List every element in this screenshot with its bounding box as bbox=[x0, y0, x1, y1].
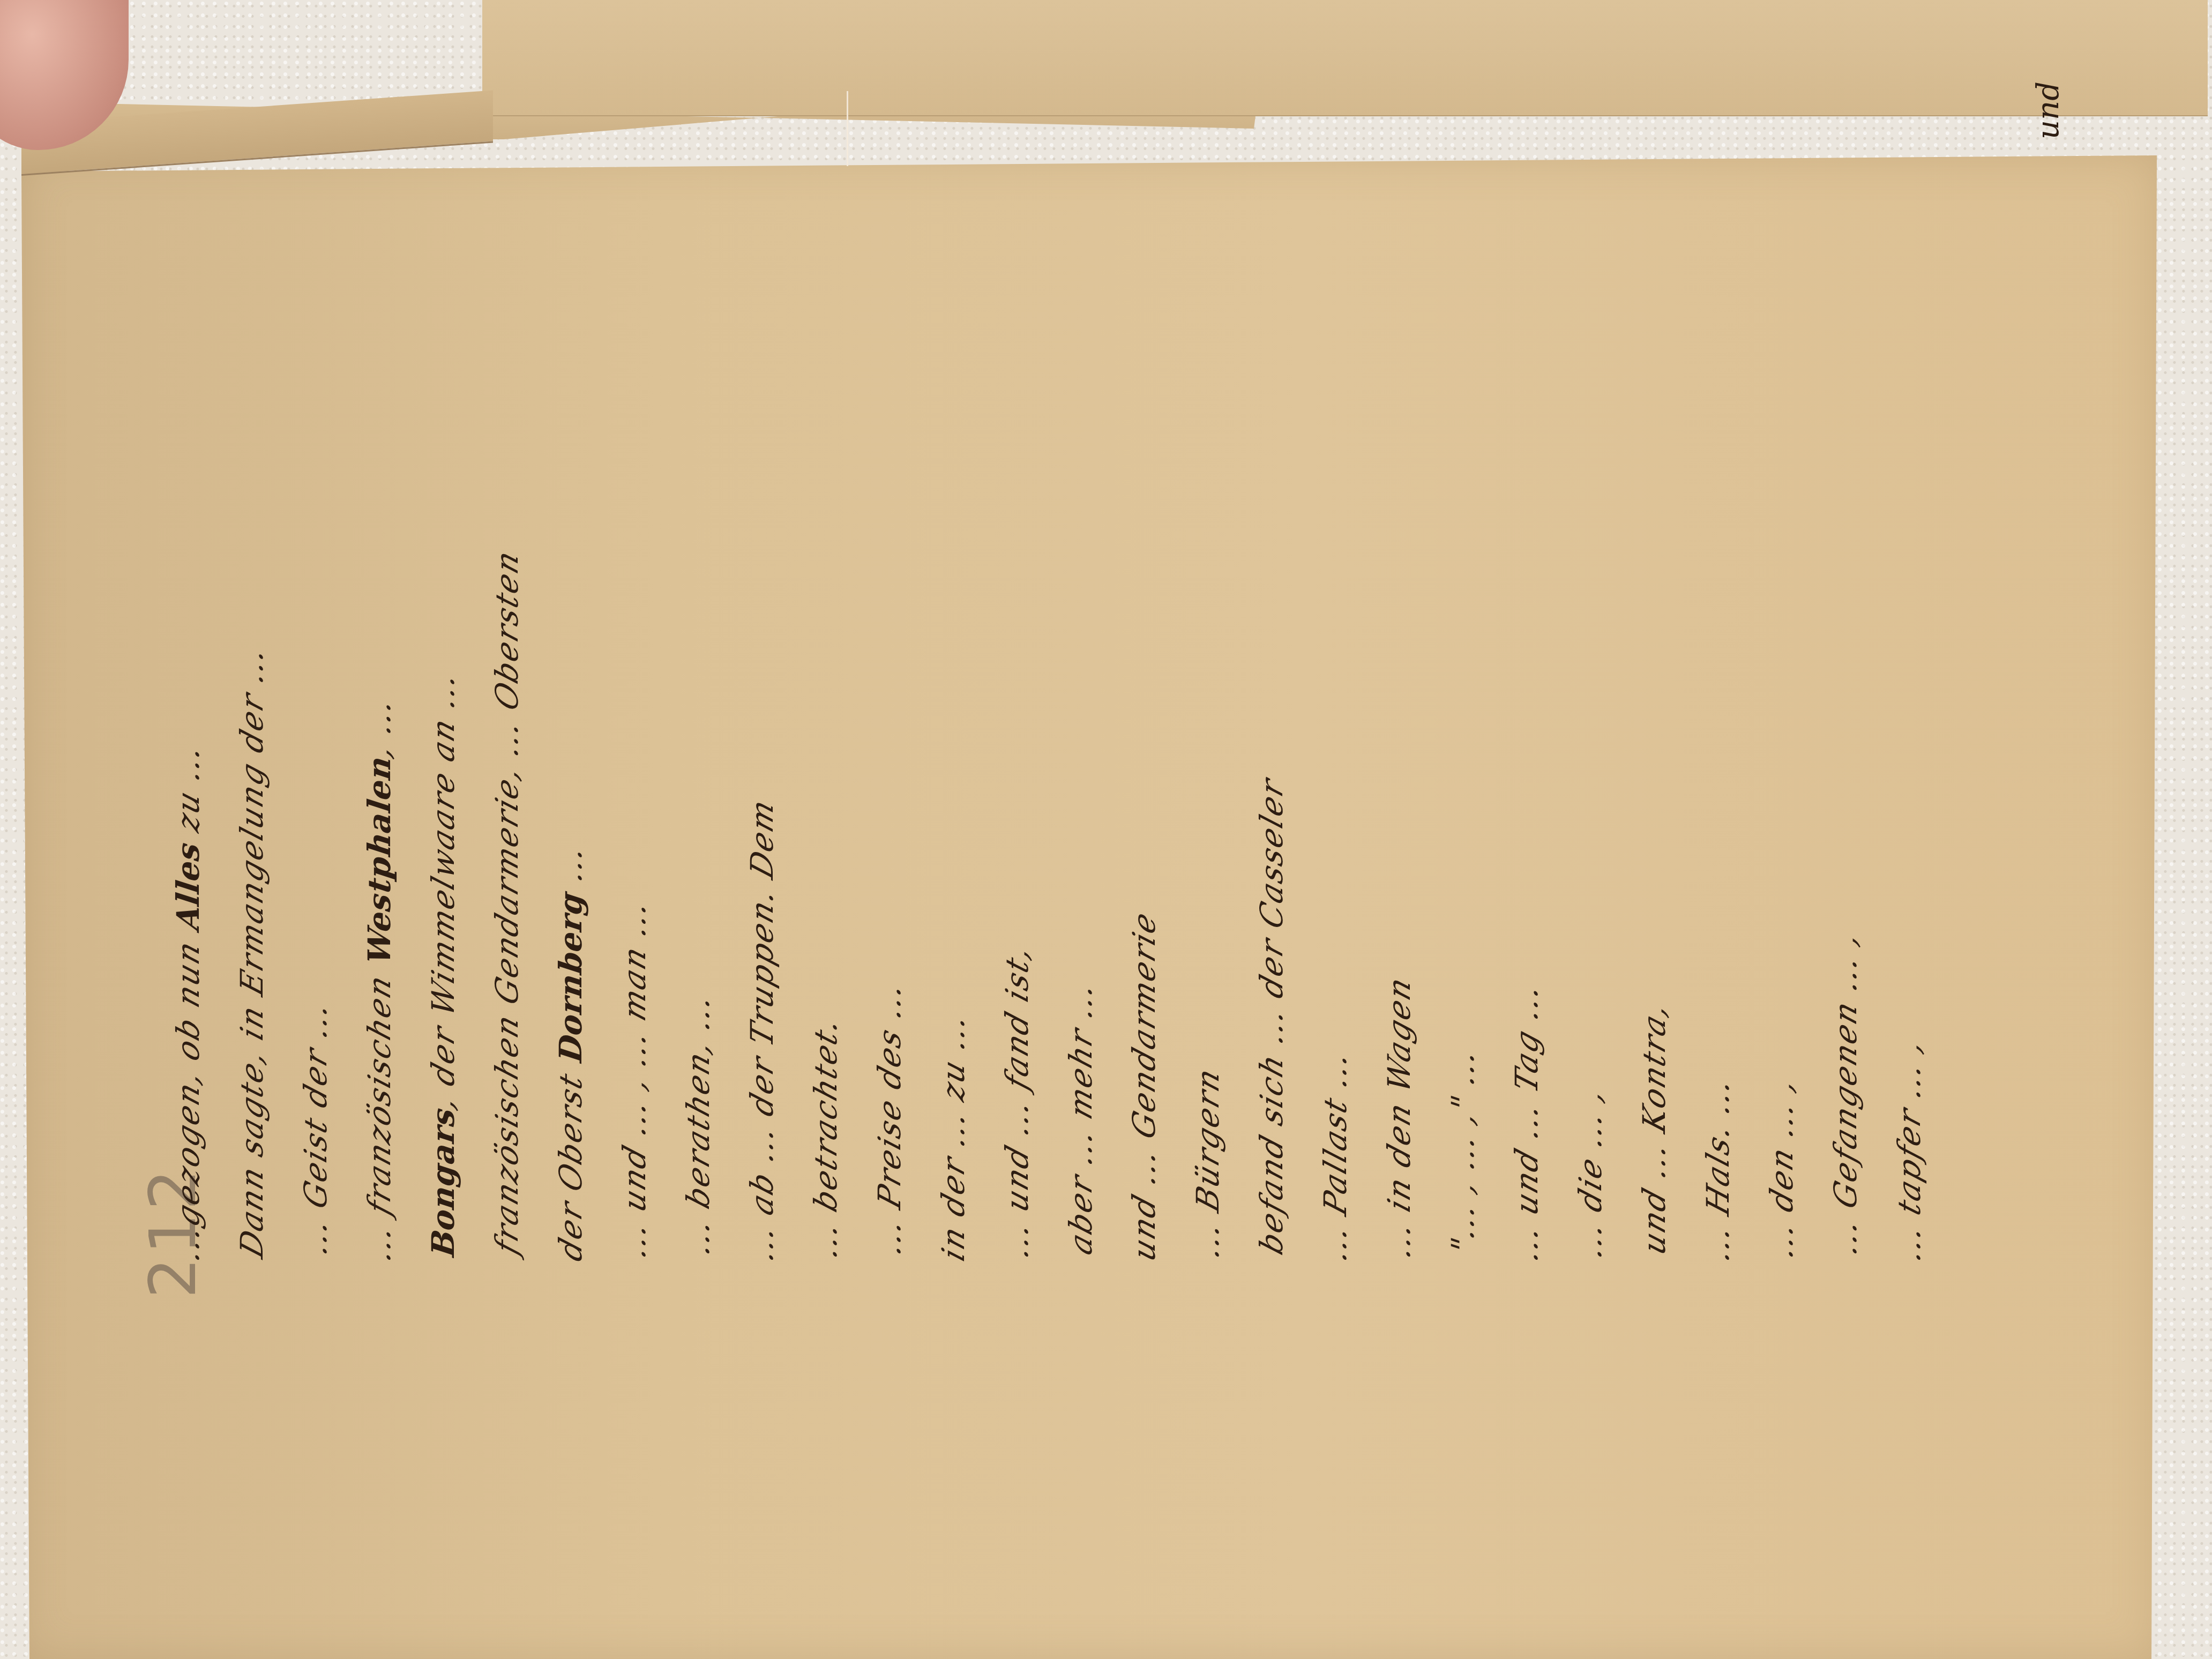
handwritten-line: ... Bürgern bbox=[1192, 180, 1223, 1261]
handwritten-line: der Oberst Dornberg ... bbox=[555, 183, 586, 1265]
handwritten-text-block: ...gezogen, ob nun Alles zu ...Dann sagt… bbox=[171, 177, 2101, 1275]
handwritten-line: und ... Kontra, bbox=[1639, 176, 1670, 1258]
handwritten-line: in der ... zu ... bbox=[938, 183, 969, 1265]
catchword: und bbox=[2031, 81, 2066, 139]
latin-script-name: Westphalen bbox=[361, 750, 398, 969]
handwritten-line: ... und ... , ... man ... bbox=[619, 180, 650, 1261]
handwritten-line: ... und ... fand ist, bbox=[1002, 180, 1033, 1261]
handwritten-line: "... , ... ," ... bbox=[1447, 176, 1478, 1258]
handwritten-line: ... in den Wagen bbox=[1384, 180, 1415, 1261]
handwritten-line: Bongars, der Wimmelwaare an ... bbox=[428, 180, 459, 1261]
handwritten-line: Dann sagte, in Ermangelung der ... bbox=[236, 180, 267, 1261]
handwritten-line: französischen Gendarmerie, ... Obersten bbox=[491, 176, 522, 1258]
handwritten-line: ... Pallast ... bbox=[1320, 183, 1351, 1265]
page-crease bbox=[847, 91, 848, 166]
handwritten-line: ... Gefangenen ... , bbox=[1830, 176, 1861, 1258]
handwritten-line: ... die ... , bbox=[1575, 180, 1606, 1261]
latin-script-name: Alles bbox=[170, 836, 206, 936]
top-sheet-edge bbox=[482, 0, 2208, 116]
handwritten-line: ... Hals. ... bbox=[1702, 183, 1733, 1265]
handwritten-line: ... betrachtet. bbox=[810, 180, 841, 1261]
handwritten-line: ... berathen, ... bbox=[683, 176, 714, 1258]
latin-script-name: Dornberg bbox=[552, 885, 589, 1067]
latin-script-name: Bongars bbox=[425, 1101, 461, 1262]
handwritten-line: ...gezogen, ob nun Alles zu ... bbox=[173, 183, 204, 1265]
handwritten-line: aber ... mehr ... bbox=[1065, 176, 1096, 1258]
handwritten-line: ... tapfer ... , bbox=[1894, 183, 1925, 1265]
handwritten-line: ... und ... Tag ... bbox=[1511, 183, 1542, 1265]
handwritten-line: ... den ... , bbox=[1766, 180, 1797, 1261]
handwritten-line: und ... Gendarmerie bbox=[1129, 183, 1160, 1265]
handwritten-line: ... Geist der ... bbox=[300, 176, 331, 1258]
handwritten-line: ... französischen Westphalen, ... bbox=[364, 183, 395, 1265]
handwritten-line: ... ab ... der Truppen. Dem bbox=[746, 183, 778, 1265]
handwritten-line: ... Preise des ... bbox=[874, 176, 905, 1258]
handwritten-line: befand sich ... der Casseler bbox=[1256, 176, 1287, 1258]
